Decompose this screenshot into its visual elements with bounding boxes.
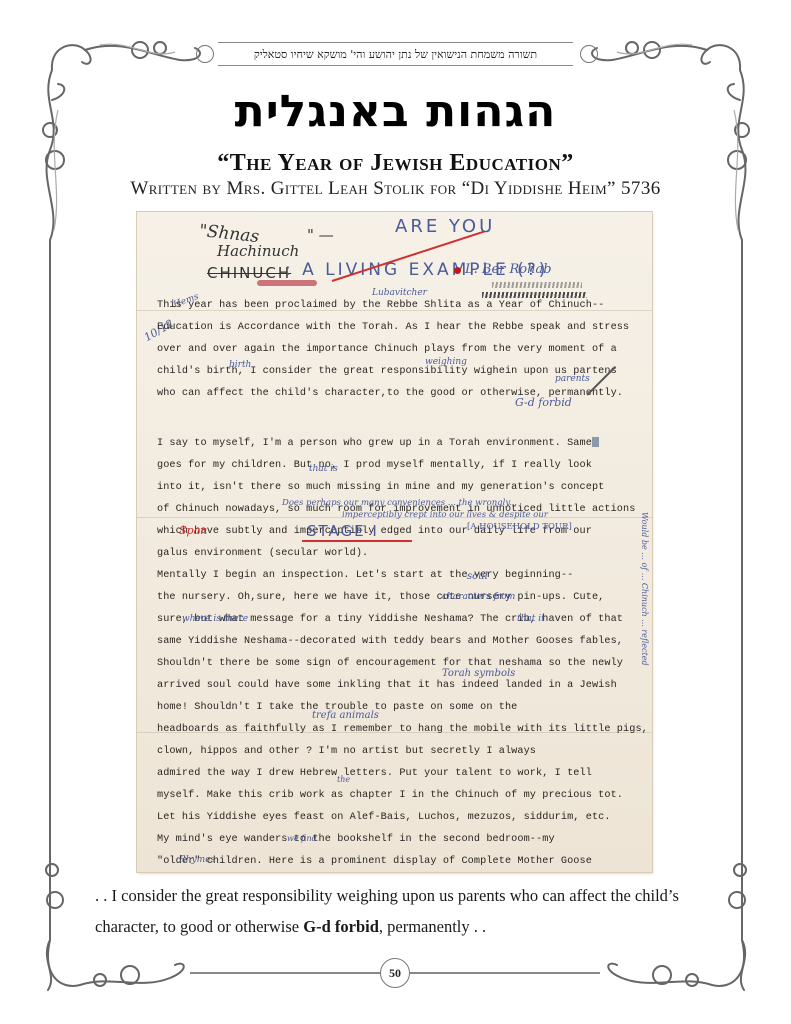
hw-insert-1: Does perhaps our many conveniences ... t… — [282, 498, 517, 508]
hw-that-it: that it — [517, 614, 545, 624]
hw-lubavitcher: Lubavitcher — [372, 288, 427, 298]
hw-that-is: that is — [309, 464, 338, 474]
typed-line: into it, isn't there so much missing in … — [157, 482, 604, 493]
page-number: 50 — [380, 958, 410, 988]
typed-line: child's birth, I consider the great resp… — [157, 366, 617, 377]
typed-line: My mind's eye wanders to the bookshelf i… — [157, 834, 555, 845]
footer-rule-right — [410, 972, 600, 974]
hw-soul: soul — [467, 571, 488, 582]
hw-we-find: we find — [287, 834, 317, 843]
red-ink-dot — [454, 267, 461, 274]
hw-trefa-animals: trefa animals — [312, 710, 379, 721]
hw-title-hachinuch: Hachinuch — [217, 242, 299, 260]
hw-insert-3: [A HOUSEHOLD TOUR] — [467, 522, 572, 532]
hw-stage: STAGE I — [307, 522, 379, 540]
pull-quote: . . I consider the great responsibility … — [95, 880, 705, 942]
typed-line: admired the way I drew Hebrew letters. P… — [157, 768, 592, 779]
typed-line: Let his Yiddishe eyes feast on Alef-Bais… — [157, 812, 611, 823]
hw-torah-symbols: Torah symbols — [442, 668, 515, 679]
typed-line: This year has been proclaimed by the Reb… — [157, 300, 604, 311]
scribble-out-2 — [492, 282, 582, 288]
quote-emphasis: G-d forbid — [303, 917, 379, 936]
typed-line: galus environment (secular world). — [157, 548, 368, 559]
hw-birth: birth — [229, 360, 251, 370]
quote-text-end: , permanently . . — [379, 917, 486, 936]
typed-line: same Yiddishe Neshama--decorated with te… — [157, 636, 623, 647]
typed-line: the nursery. Oh,sure, here we have it, t… — [157, 592, 604, 603]
typed-line: clown, hippos and other ? I'm no artist … — [157, 746, 536, 757]
typed-line: over and over again the importance Chinu… — [157, 344, 617, 355]
hw-side-note: Would be ... of ... Chinuch ... reflecte… — [640, 512, 649, 666]
hw-rhymes: Rhymes — [179, 855, 215, 865]
byline: Written by Mrs. Gittel Leah Stolik for “… — [0, 178, 791, 200]
scribble-out — [482, 292, 587, 298]
hw-the: the — [337, 775, 350, 784]
hw-title-dash: " — — [307, 226, 334, 244]
typed-line: I say to myself, I'm a person who grew u… — [157, 438, 592, 449]
typed-line: arrived soul could have some inkling tha… — [157, 680, 617, 691]
hw-weighing: weighing — [425, 357, 467, 367]
typed-line: Shouldn't there be some sign of encourag… — [157, 658, 623, 669]
typed-line: Education is Accordance with the Torah. … — [157, 322, 629, 333]
footer-rule-left — [190, 972, 380, 974]
red-smudge — [257, 280, 317, 286]
hw-characters-from: characters from — [442, 592, 515, 602]
paper-clip-mark — [592, 437, 599, 447]
hebrew-title: הגהות באנגלית — [0, 86, 791, 137]
typed-line: goes for my children. But no, I prod mys… — [157, 460, 592, 471]
hw-gd-forbid: G-d forbid — [515, 396, 572, 409]
header-right-ornament-icon — [580, 45, 598, 63]
hw-author-sig: L. Ber Rohab — [465, 262, 552, 277]
typed-line: Mentally I begin an inspection. Let's st… — [157, 570, 573, 581]
hw-insert-2: imperceptibly crept into our lives & des… — [342, 510, 548, 520]
hw-span-red: Span — [179, 524, 207, 537]
typed-line: "older" children. Here is a prominent di… — [157, 856, 592, 867]
header-left-ornament-icon — [196, 45, 214, 63]
typed-line: myself. Make this crib work as chapter I… — [157, 790, 623, 801]
article-title: “The Year of Jewish Education” — [0, 150, 791, 177]
typed-line: headboards as faithfully as I remember t… — [157, 724, 648, 735]
hw-parents: parents — [555, 374, 590, 384]
stage-underline — [302, 540, 412, 542]
manuscript-scan: "Shnas Hachinuch " — ARE YOU CHINUCH : A… — [137, 212, 652, 872]
hw-where-is-there: where is there — [182, 614, 248, 624]
running-header: תשורה משמחת הנישואין של נתן יהושע והי' מ… — [218, 42, 573, 66]
